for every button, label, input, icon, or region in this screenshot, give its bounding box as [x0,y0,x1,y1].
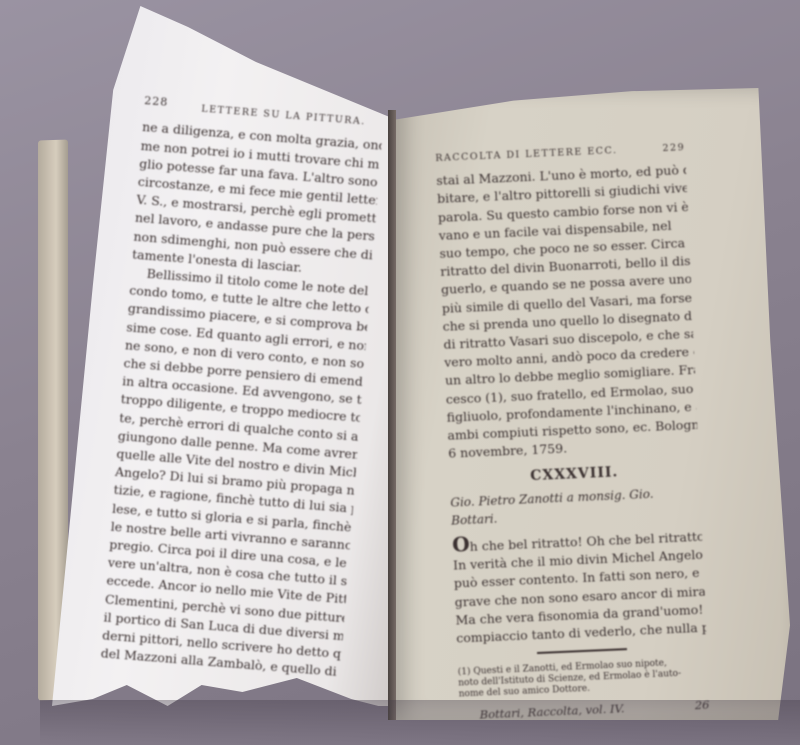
drop-cap: O [452,532,470,557]
table-shadow [40,700,800,745]
right-page-number: 229 [662,139,685,158]
book-spine-gutter [388,110,396,720]
right-page-text: RACCOLTA DI LETTERE ECC. 229 stai al Maz… [435,139,710,725]
footnote-divider [537,648,627,654]
left-page-text: 228 LETTERE SU LA PITTURA. ne a diligenz… [100,92,384,682]
book-photo: 228 LETTERE SU LA PITTURA. ne a diligenz… [0,0,800,745]
letter-heading: Gio. Pietro Zanotti a monsig. Gio. Botta… [450,482,701,529]
